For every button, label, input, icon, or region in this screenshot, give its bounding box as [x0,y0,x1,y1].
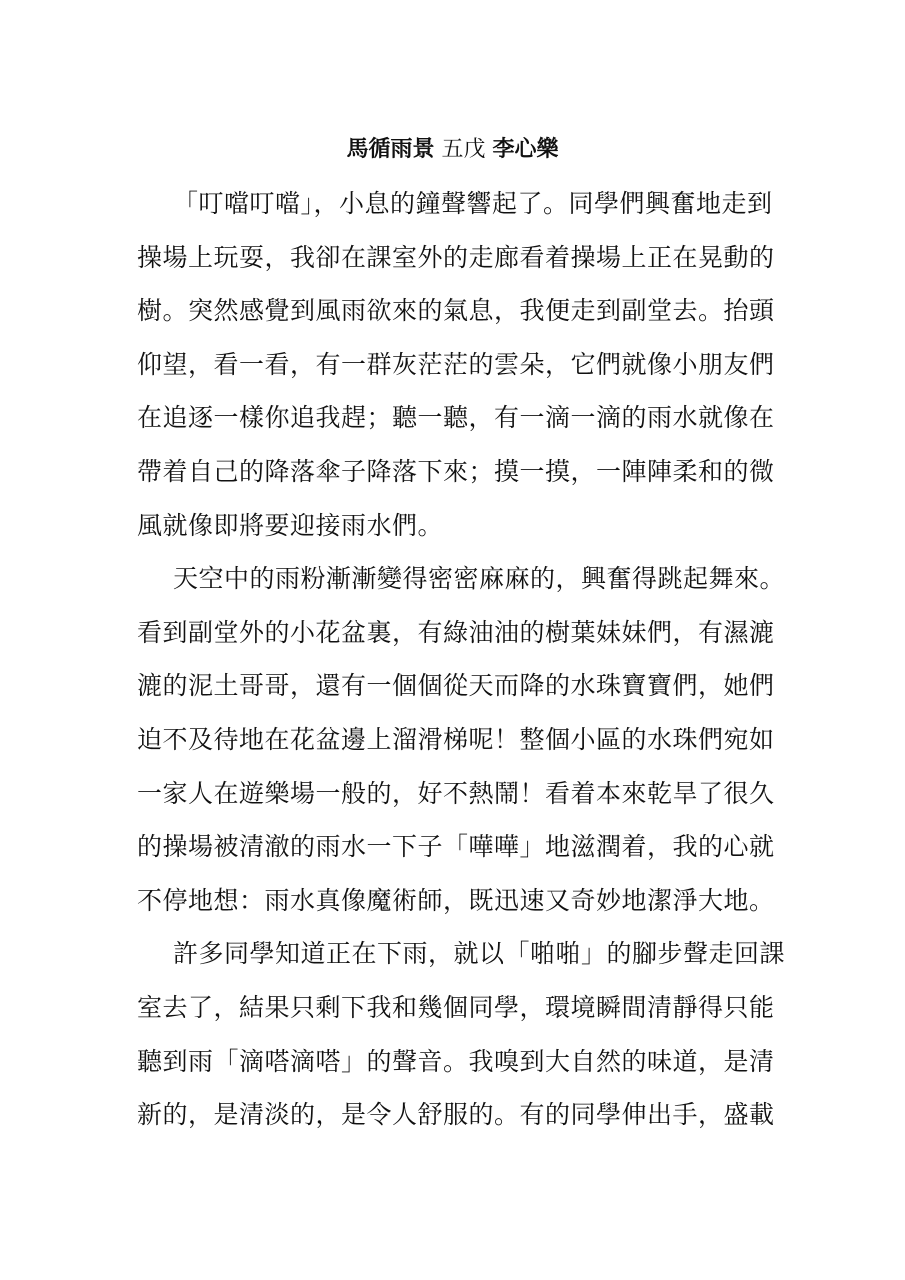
text-line: 仰望，看一看，有一群灰茫茫的雲朵，它們就像小朋友們 [137,345,777,399]
author-name: 李心樂 [493,137,559,162]
text-line: 室去了，結果只剩下我和幾個同學，環境瞬間清靜得只能 [137,988,777,1042]
text-line: 天空中的雨粉漸漸變得密密麻麻的，興奮得跳起舞來。 [137,559,777,613]
essay-title: 馬循雨景 五戊 李心樂 [0,134,905,166]
text-line: 風就像即將要迎接雨水們。 [137,506,777,560]
text-line: 在追逐一樣你追我趕；聽一聽，有一滴一滴的雨水就像在 [137,398,777,452]
text-line: 帶着自己的降落傘子降落下來；摸一摸，一陣陣柔和的微 [137,452,777,506]
text-line: 操場上玩耍，我卻在課室外的走廊看着操場上正在晃動的 [137,238,777,292]
text-line: 聽到雨「滴嗒滴嗒」的聲音。我嗅到大自然的味道，是清 [137,1042,777,1096]
paragraph: 「叮噹叮噹」，小息的鐘聲響起了。同學們興奮地走到 操場上玩耍，我卻在課室外的走廊… [137,184,777,559]
class-label: 五戊 [441,137,485,162]
text-line: 樹。突然感覺到風雨欲來的氣息，我便走到副堂去。抬頭 [137,291,777,345]
document-page: 馬循雨景 五戊 李心樂 「叮噹叮噹」，小息的鐘聲響起了。同學們興奮地走到 操場上… [0,0,905,1280]
text-line: 新的，是清淡的，是令人舒服的。有的同學伸出手，盛載 [137,1095,777,1149]
essay-body: 「叮噹叮噹」，小息的鐘聲響起了。同學們興奮地走到 操場上玩耍，我卻在課室外的走廊… [137,184,777,1149]
text-line: 一家人在遊樂場一般的，好不熱鬧！看着本來乾旱了很久 [137,774,777,828]
text-line: 不停地想：雨水真像魔術師，既迅速又奇妙地潔淨大地。 [137,881,777,935]
text-line: 迫不及待地在花盆邊上溜滑梯呢！整個小區的水珠們宛如 [137,720,777,774]
text-line: 漉的泥土哥哥，還有一個個從天而降的水珠寶寶們，她們 [137,666,777,720]
text-line: 看到副堂外的小花盆裏，有綠油油的樹葉妹妹們，有濕漉 [137,613,777,667]
text-line: 「叮噹叮噹」，小息的鐘聲響起了。同學們興奮地走到 [137,184,777,238]
text-line: 許多同學知道正在下雨，就以「啪啪」的腳步聲走回課 [137,934,777,988]
paragraph: 許多同學知道正在下雨，就以「啪啪」的腳步聲走回課 室去了，結果只剩下我和幾個同學… [137,934,777,1148]
essay-title-text: 馬循雨景 [346,137,434,162]
paragraph: 天空中的雨粉漸漸變得密密麻麻的，興奮得跳起舞來。 看到副堂外的小花盆裏，有綠油油… [137,559,777,934]
text-line: 的操場被清澈的雨水一下子「嘩嘩」地滋潤着，我的心就 [137,827,777,881]
